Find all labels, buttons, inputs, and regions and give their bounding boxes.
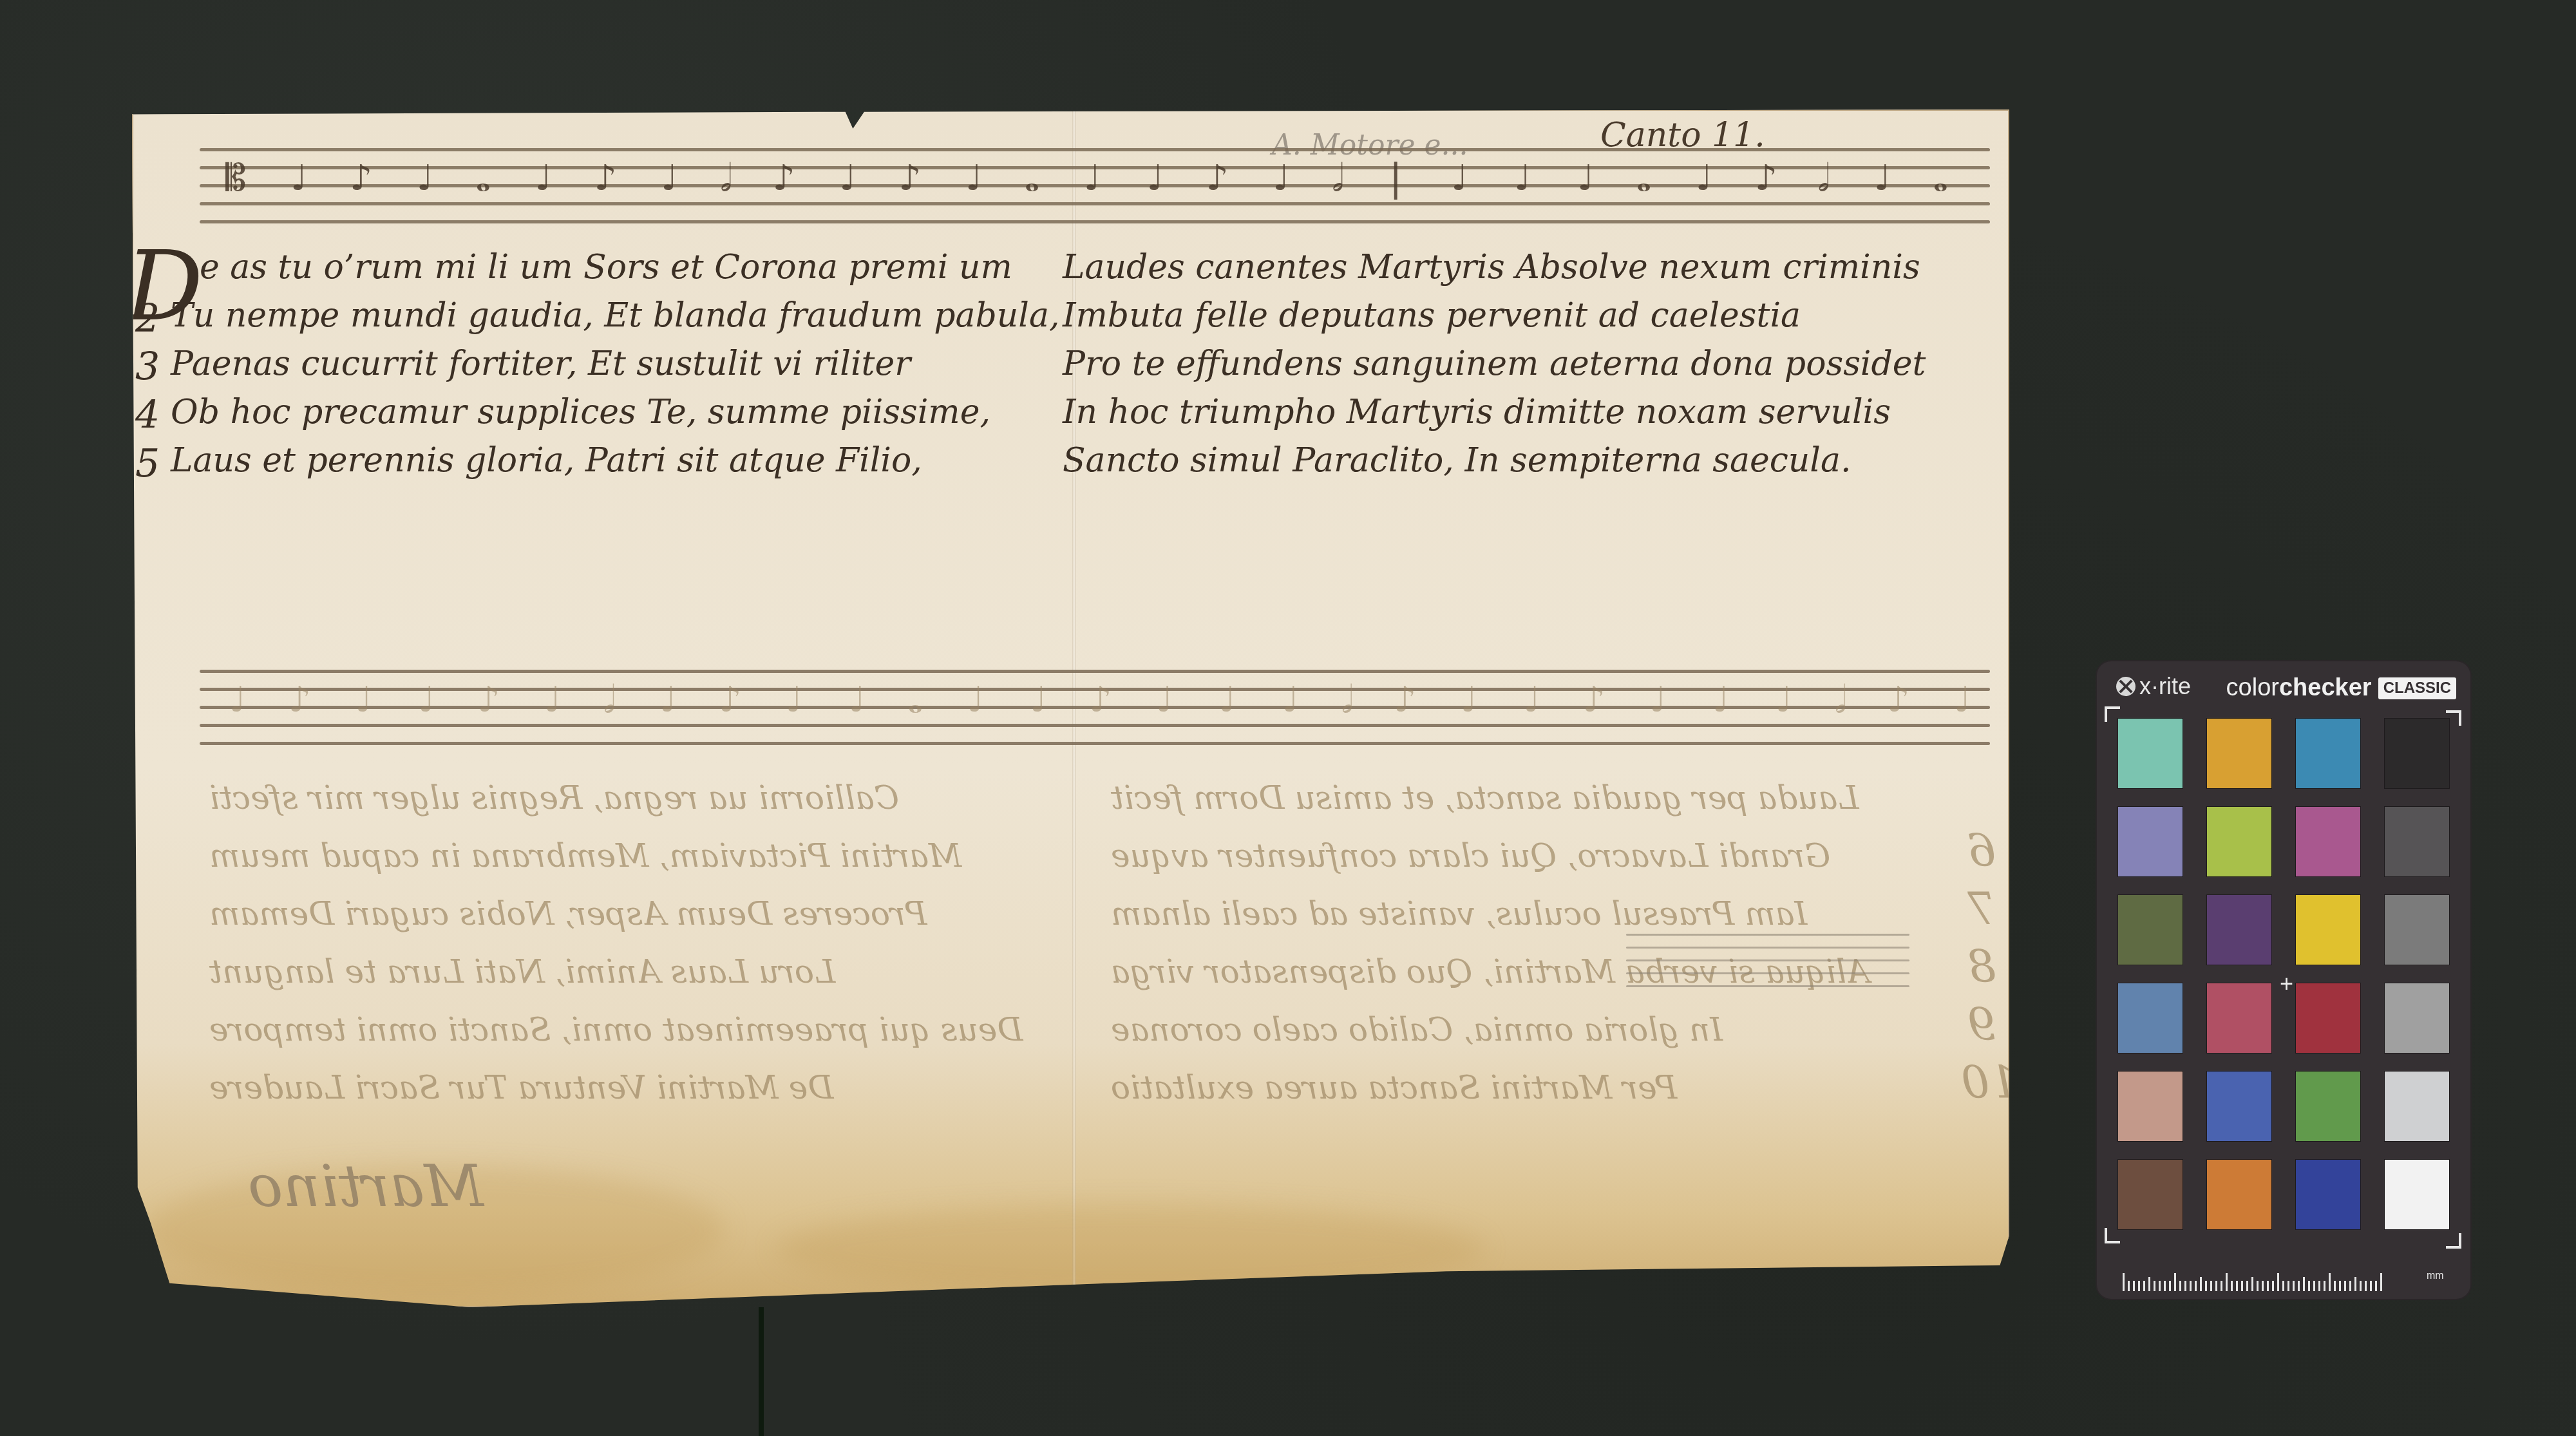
margin-number: 8 [1967, 940, 1996, 993]
color-patch-r6-c4 [2384, 1159, 2450, 1230]
color-patch-r1-c3 [2295, 718, 2361, 789]
color-patch-r3-c3 [2295, 894, 2361, 965]
ruler-tick [2375, 1281, 2377, 1291]
xrite-logo-icon [2116, 677, 2136, 696]
bleed-through-line: Iam Praesul oculus, vaniste ad caeli aln… [1111, 895, 1807, 932]
verse-number: 2 [135, 296, 160, 341]
color-patch-r4-c4 [2384, 983, 2450, 1053]
title-light: color [2226, 674, 2279, 701]
mm-ruler [2123, 1273, 2419, 1291]
signature-bleed: Martino [248, 1153, 484, 1220]
ruler-tick [2143, 1281, 2145, 1291]
ruler-tick [2308, 1281, 2310, 1291]
ruler-tick [2298, 1281, 2300, 1291]
color-patch-r6-c3 [2295, 1159, 2361, 1230]
crosshair-icon: + [2280, 972, 2293, 996]
ruler-tick [2190, 1281, 2192, 1291]
registration-mark [2105, 1228, 2120, 1243]
ruler-tick [2262, 1281, 2264, 1291]
ruler-tick [2148, 1277, 2150, 1291]
xrite-logo: x·rite [2116, 673, 2191, 700]
ruler-tick [2184, 1281, 2186, 1291]
color-patch-r5-c2 [2206, 1071, 2272, 1142]
margin-number: 7 [1967, 882, 1996, 935]
ruler-tick [2236, 1281, 2238, 1291]
ruler-tick [2246, 1281, 2248, 1291]
bleed-through-notation: ♩ ♪ ♩ ♩ ♪ ♩ 𝅗𝅥 ♩ ♪ ♩ ♩ 𝅝 ♩ ♩ ♪ ♩ ♩ ♩ 𝅗𝅥 … [225, 677, 1977, 722]
bleed-through-line: Grandi Lavacro, Qui clara confuenter avq… [1111, 837, 1830, 874]
color-patch-r1-c1 [2117, 718, 2183, 789]
ruler-tick [2159, 1281, 2161, 1291]
verse-line-2-right: Imbuta felle deputans pervenit ad caeles… [1063, 296, 1801, 335]
ruler-tick [2241, 1281, 2243, 1291]
color-patch-r2-c4 [2384, 806, 2450, 877]
classic-badge: CLASSIC [2378, 677, 2456, 699]
title-bold: checker [2279, 674, 2372, 701]
ruler-tick [2179, 1281, 2181, 1291]
bleed-through-line: Loru Laus Animi, Nati Lura te langunt [209, 953, 835, 990]
color-patch-r4-c3 [2295, 983, 2361, 1053]
ruler-tick [2138, 1281, 2140, 1291]
ruler-tick [2257, 1281, 2259, 1291]
color-patch-r5-c3 [2295, 1071, 2361, 1142]
ruler-tick [2349, 1281, 2351, 1291]
verse-number: 5 [135, 441, 160, 486]
ruler-tick [2174, 1273, 2176, 1291]
ruler-tick [2169, 1281, 2171, 1291]
ruler-tick [2380, 1273, 2382, 1291]
ruler-tick [2293, 1281, 2295, 1291]
margin-number: 9 [1967, 998, 1996, 1051]
ruler-tick [2344, 1281, 2346, 1291]
background-seam [759, 1307, 764, 1436]
ruler-tick [2128, 1281, 2130, 1291]
color-patch-r6-c2 [2206, 1159, 2272, 1230]
color-patch-r4-c1 [2117, 983, 2183, 1053]
ruler-tick [2360, 1281, 2362, 1291]
color-patch-r2-c3 [2295, 806, 2361, 877]
ruler-tick [2287, 1281, 2289, 1291]
ruler-tick [2221, 1281, 2222, 1291]
bleed-through-line: In gloria omnia, Calido caelo coronae [1111, 1011, 1723, 1048]
ruler-tick [2339, 1281, 2341, 1291]
verse-line-3-right: Pro te effundens sanguinem aeterna dona … [1063, 345, 1926, 383]
verse-line-4-right: In hoc triumpho Martyris dimitte noxam s… [1063, 393, 1891, 431]
ruler-tick [2215, 1281, 2217, 1291]
color-patch-r1-c4 [2384, 718, 2450, 789]
manuscript-sheet: A. Motore e... Canto 11. 𝄡 ♩ ♪ ♩ 𝅝 ♩ ♪ ♩… [132, 109, 2009, 1307]
ruler-tick [2370, 1281, 2372, 1291]
ruler-tick [2365, 1281, 2367, 1291]
color-patch-r5-c4 [2384, 1071, 2450, 1142]
color-patch-r3-c1 [2117, 894, 2183, 965]
ruler-tick [2329, 1273, 2331, 1291]
ruler-tick [2251, 1277, 2253, 1291]
ruler-tick [2324, 1281, 2325, 1291]
upper-staff: 𝄡 ♩ ♪ ♩ 𝅝 ♩ ♪ ♩ 𝅗𝅥 ♪ ♩ ♪ ♩ 𝅝 ♩ ♩ ♪ ♩ 𝅗𝅥 … [200, 148, 1990, 219]
margin-number: 6 [1967, 824, 1996, 877]
ruler-tick [2334, 1281, 2336, 1291]
verse-line-4-left: Ob hoc precamur supplices Te, summe piis… [171, 393, 990, 431]
ruler-tick [2164, 1281, 2166, 1291]
ruler-unit-label: mm [2427, 1271, 2444, 1282]
ruler-tick [2123, 1273, 2125, 1291]
color-patch-r3-c2 [2206, 894, 2272, 965]
ruler-tick [2133, 1281, 2135, 1291]
ruler-tick [2210, 1281, 2212, 1291]
verse-line-5-right: Sancto simul Paraclito, In sempiterna sa… [1063, 441, 1851, 480]
ruler-tick [2205, 1281, 2207, 1291]
colorchecker-title: colorchecker CLASSIC [2226, 674, 2456, 702]
ruler-tick [2200, 1277, 2202, 1291]
ruler-tick [2303, 1277, 2305, 1291]
verse-line-1-left: e as tu o’rum mi li um Sors et Corona pr… [200, 248, 1012, 287]
ruler-tick [2272, 1281, 2274, 1291]
color-patch-r4-c2 [2206, 983, 2272, 1053]
registration-mark [2446, 1233, 2461, 1249]
bleed-through-line: De Martini Ventura Tur Sacri Laudere [209, 1069, 833, 1106]
verse-line-3-left: Paenas cucurrit fortiter, Et sustulit vi… [171, 345, 911, 383]
color-patch-r2-c1 [2117, 806, 2183, 877]
verse-line-2-left: Tu nempe mundi gaudia, Et blanda fraudum… [171, 296, 1059, 335]
color-patch-r2-c2 [2206, 806, 2272, 877]
ruler-tick [2354, 1277, 2356, 1291]
verse-line-1-right: Laudes canentes Martyris Absolve nexum c… [1063, 248, 1920, 287]
ruler-tick [2195, 1281, 2197, 1291]
ruler-tick [2267, 1281, 2269, 1291]
brand-name: x·rite [2139, 673, 2191, 700]
ruler-tick [2282, 1281, 2284, 1291]
ruler-tick [2318, 1281, 2320, 1291]
bleed-through-line: Per Martini Sancta aurea exultatio [1111, 1069, 1677, 1106]
ruler-tick [2231, 1281, 2233, 1291]
ruler-tick [2226, 1273, 2228, 1291]
color-patch-r5-c1 [2117, 1071, 2183, 1142]
color-patch-r6-c1 [2117, 1159, 2183, 1230]
color-patch-r3-c4 [2384, 894, 2450, 965]
bleed-through-line: Deus qui praeemineat omni, Sancti omni t… [209, 1011, 1023, 1048]
verse-line-5-left: Laus et perennis gloria, Patri sit atque… [171, 441, 922, 480]
lower-staff: ♩ ♪ ♩ ♩ ♪ ♩ 𝅗𝅥 ♩ ♪ ♩ ♩ 𝅝 ♩ ♩ ♪ ♩ ♩ ♩ 𝅗𝅥 … [200, 670, 1990, 741]
music-notation: 𝄡 ♩ ♪ ♩ 𝅝 ♩ ♪ ♩ 𝅗𝅥 ♪ ♩ ♪ ♩ 𝅝 ♩ ♩ ♪ ♩ 𝅗𝅥 … [225, 156, 1977, 200]
bleed-through-line: Martini Pictaviam, Membrana in capud meu… [209, 837, 961, 874]
ruler-tick [2277, 1273, 2279, 1291]
bleed-through-line: Lauda per gaudia sancta, et amisu Dorm f… [1111, 779, 1859, 817]
pencil-staff-sketch [1626, 934, 1909, 1005]
color-checker-card: x·rite colorchecker CLASSIC + mm [2097, 661, 2470, 1299]
ruler-tick [2313, 1281, 2315, 1291]
bleed-through-line: Calliorni ua regna, Regnis ulger mir sfe… [209, 779, 899, 817]
ruler-tick [2154, 1281, 2155, 1291]
bleed-through-line: Proceres Deum Asper, Nobis cugari Demam [209, 895, 927, 932]
color-patch-r1-c2 [2206, 718, 2272, 789]
verse-number: 4 [135, 393, 160, 438]
verse-number: 3 [135, 345, 160, 390]
